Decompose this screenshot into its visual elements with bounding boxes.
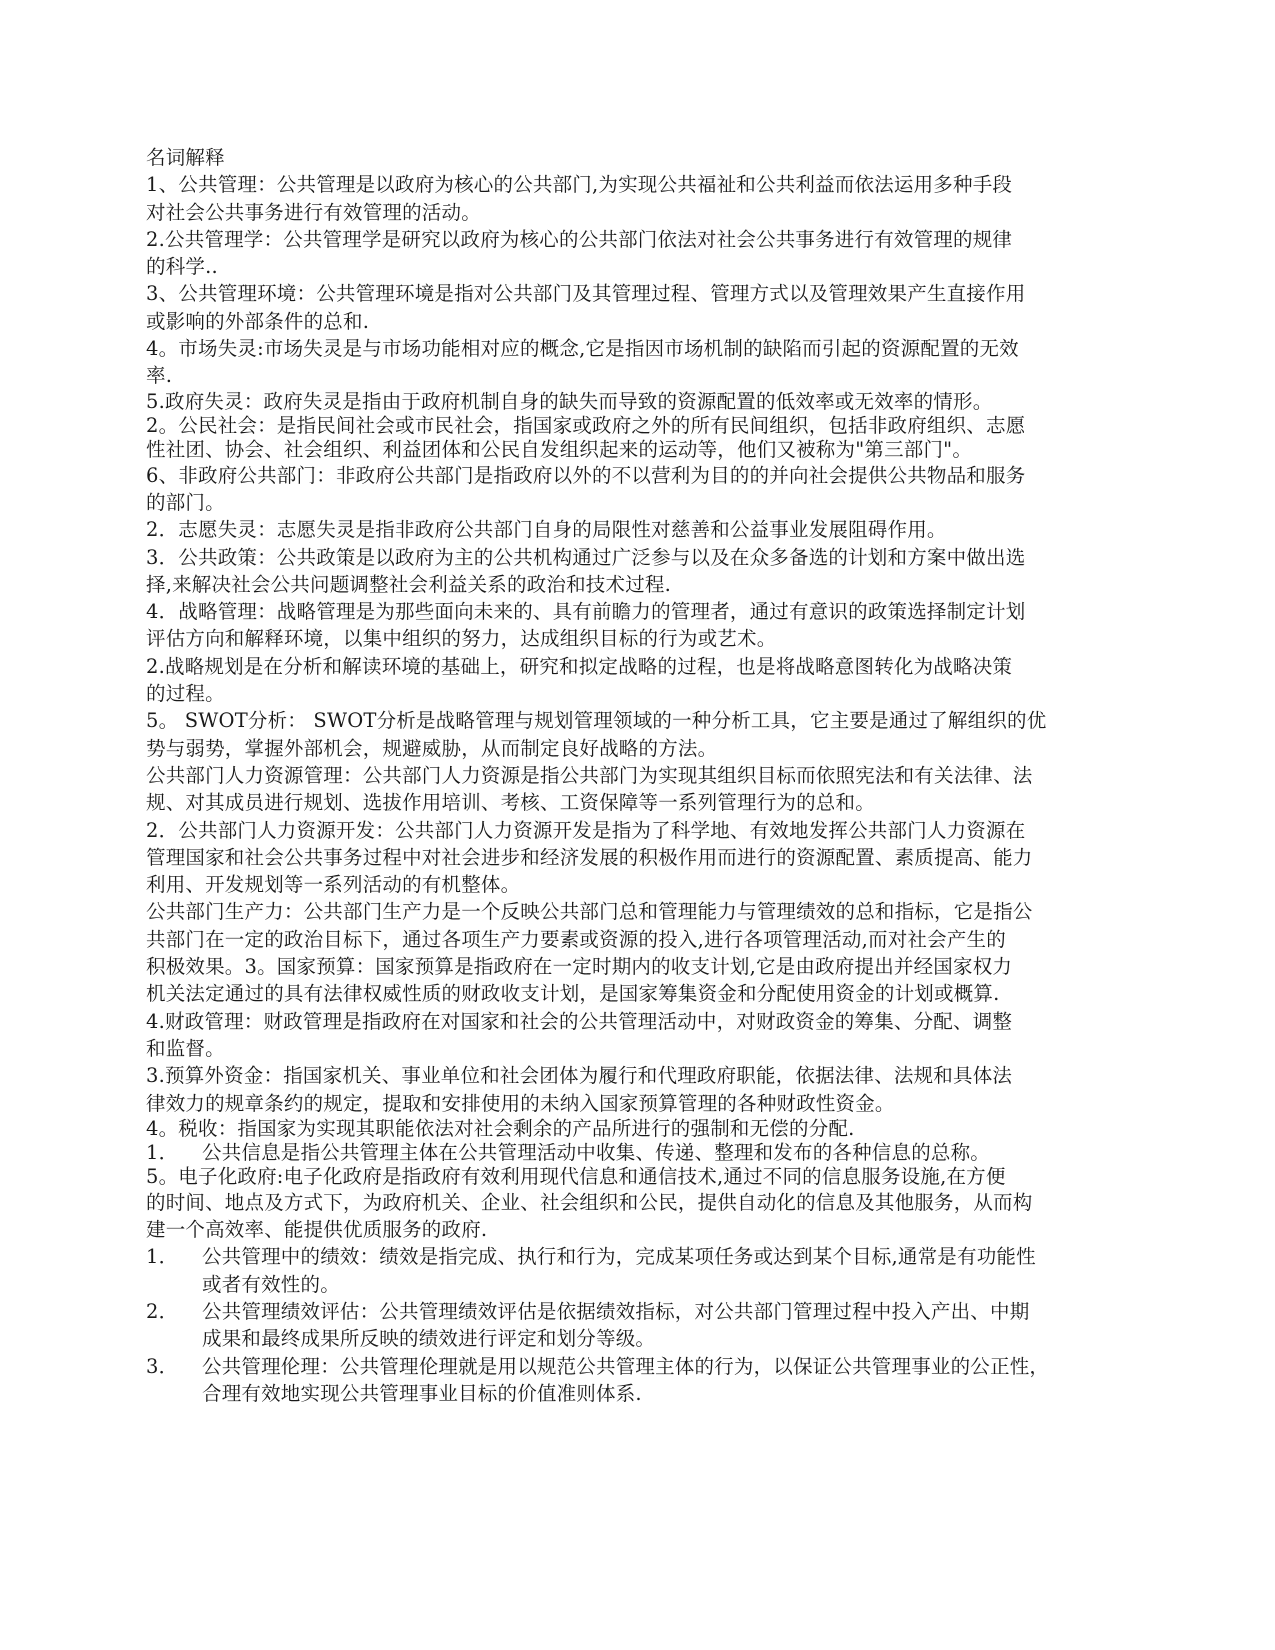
paragraph-line: 的过程。 (146, 680, 1136, 707)
definition-strategic-management: 4．战略管理：战略管理是为那些面向未来的、具有前瞻力的管理者，通过有意识的政策选… (146, 598, 1136, 653)
paragraph-line: 公共管理绩效评估：公共管理绩效评估是依据绩效指标，对公共部门管理过程中投入产出、… (202, 1298, 1029, 1325)
paragraph-line: 规、对其成员进行规划、选拔作用培训、考核、工资保障等一系列管理行为的总和。 (146, 789, 1136, 816)
paragraph-line: 和监督。 (146, 1035, 1136, 1062)
list-item-ethics: 3． 公共管理伦理：公共管理伦理就是用以规范公共管理主体的行为，以保证公共管理事… (146, 1353, 1136, 1408)
list-number: 1． (146, 1243, 202, 1270)
paragraph-line: 5.政府失灵：政府失灵是指由于政府机制自身的缺失而导致的资源配置的低效率或无效率… (146, 390, 1136, 414)
paragraph-line: 或影响的外部条件的总和. (146, 308, 1136, 335)
paragraph-line: 公共部门生产力：公共部门生产力是一个反映公共部门总和管理能力与管理绩效的总和指标… (146, 898, 1136, 925)
paragraph-line: 1、公共管理：公共管理是以政府为核心的公共部门,为实现公共福祉和公共利益而依法运… (146, 171, 1136, 198)
paragraph-line: 择,来解决社会公共问题调整社会利益关系的政治和技术过程. (146, 571, 1136, 598)
list-item-performance: 1． 公共管理中的绩效：绩效是指完成、执行和行为，完成某项任务或达到某个目标,通… (146, 1243, 1136, 1298)
definition-civil-society: 2。公民社会：是指民间社会或市民社会，指国家或政府之外的所有民间组织，包括非政府… (146, 414, 1136, 462)
definition-e-government: 5。电子化政府:电子化政府是指政府有效利用现代信息和通信技术,通过不同的信息服务… (146, 1165, 1136, 1244)
paragraph-line: 3.预算外资金：指国家机关、事业单位和社会团体为履行和代理政府职能，依据法律、法… (146, 1062, 1136, 1089)
definition-government-failure: 5.政府失灵：政府失灵是指由于政府机制自身的缺失而导致的资源配置的低效率或无效率… (146, 390, 1136, 414)
definition-extra-budgetary-funds: 3.预算外资金：指国家机关、事业单位和社会团体为履行和代理政府职能，依据法律、法… (146, 1062, 1136, 1117)
paragraph-line: 2．公共部门人力资源开发：公共部门人力资源开发是指为了科学地、有效地发挥公共部门… (146, 817, 1136, 844)
paragraph-line: 6、非政府公共部门：非政府公共部门是指政府以外的不以营利为目的的并向社会提供公共… (146, 462, 1136, 489)
paragraph-line: 或者有效性的。 (202, 1271, 1036, 1298)
definition-swot: 5。 SWOT分析： SWOT分析是战略管理与规划管理领域的一种分析工具，它主要… (146, 707, 1136, 762)
paragraph-line: 公共部门人力资源管理：公共部门人力资源是指公共部门为实现其组织目标而依照宪法和有… (146, 762, 1136, 789)
paragraph-line: 管理国家和社会公共事务过程中对社会进步和经济发展的积极作用而进行的资源配置、素质… (146, 844, 1136, 871)
definition-voluntary-failure: 2．志愿失灵：志愿失灵是指非政府公共部门自身的局限性对慈善和公益事业发展阻碍作用… (146, 516, 1136, 543)
paragraph-line: 势与弱势，掌握外部机会，规避威胁，从而制定良好战略的方法。 (146, 735, 1136, 762)
definition-public-policy: 3．公共政策：公共政策是以政府为主的公共机构通过广泛参与以及在众多备选的计划和方… (146, 544, 1136, 599)
paragraph-line: 律效力的规章条约的规定，提取和安排使用的未纳入国家预算管理的各种财政性资金。 (146, 1090, 1136, 1117)
paragraph-line: 合理有效地实现公共管理事业目标的价值准则体系. (202, 1380, 1049, 1407)
definition-hr-development: 2．公共部门人力资源开发：公共部门人力资源开发是指为了科学地、有效地发挥公共部门… (146, 817, 1136, 899)
paragraph-line: 对社会公共事务进行有效管理的活动。 (146, 199, 1136, 226)
paragraph-line: 评估方向和解释环境，以集中组织的努力，达成组织目标的行为或艺术。 (146, 625, 1136, 652)
paragraph-line: 的部门。 (146, 489, 1136, 516)
paragraph-line: 4．战略管理：战略管理是为那些面向未来的、具有前瞻力的管理者，通过有意识的政策选… (146, 598, 1136, 625)
paragraph-line: 公共管理伦理：公共管理伦理就是用以规范公共管理主体的行为，以保证公共管理事业的公… (202, 1353, 1049, 1380)
paragraph-line: 2.战略规划是在分析和解读环境的基础上，研究和拟定战略的过程，也是将战略意图转化… (146, 653, 1136, 680)
paragraph-line: 公共管理中的绩效：绩效是指完成、执行和行为，完成某项任务或达到某个目标,通常是有… (202, 1243, 1036, 1270)
paragraph-line: 4.财政管理：财政管理是指政府在对国家和社会的公共管理活动中，对财政资金的筹集、… (146, 1008, 1136, 1035)
paragraph-line: 2.公共管理学：公共管理学是研究以政府为核心的公共部门依法对社会公共事务进行有效… (146, 226, 1136, 253)
definition-public-management-science: 2.公共管理学：公共管理学是研究以政府为核心的公共部门依法对社会公共事务进行有效… (146, 226, 1136, 281)
definition-public-management-environment: 3、公共管理环境：公共管理环境是指对公共部门及其管理过程、管理方式以及管理效果产… (146, 280, 1136, 335)
paragraph-line: 的时间、地点及方式下，为政府机关、企业、社会组织和公民，提供自动化的信息及其他服… (146, 1189, 1136, 1216)
paragraph-line: 2。公民社会：是指民间社会或市民社会，指国家或政府之外的所有民间组织，包括非政府… (146, 414, 1136, 438)
definition-hr-management: 公共部门人力资源管理：公共部门人力资源是指公共部门为实现其组织目标而依照宪法和有… (146, 762, 1136, 817)
definition-strategic-planning: 2.战略规划是在分析和解读环境的基础上，研究和拟定战略的过程，也是将战略意图转化… (146, 653, 1136, 708)
document-heading: 名词解释 (146, 144, 1136, 171)
paragraph-line: 5。 SWOT分析： SWOT分析是战略管理与规划管理领域的一种分析工具，它主要… (146, 707, 1136, 734)
definition-fiscal-management: 4.财政管理：财政管理是指政府在对国家和社会的公共管理活动中，对财政资金的筹集、… (146, 1008, 1136, 1063)
paragraph-line: 4。市场失灵:市场失灵是与市场功能相对应的概念,它是指因市场机制的缺陷而引起的资… (146, 335, 1136, 362)
paragraph-line: 3、公共管理环境：公共管理环境是指对公共部门及其管理过程、管理方式以及管理效果产… (146, 280, 1136, 307)
paragraph-line: 建一个高效率、能提供优质服务的政府. (146, 1216, 1136, 1243)
paragraph-line: 积极效果。3。国家预算：国家预算是指政府在一定时期内的收支计划,它是由政府提出并… (146, 953, 1136, 980)
document-page: 名词解释 1、公共管理：公共管理是以政府为核心的公共部门,为实现公共福祉和公共利… (146, 144, 1136, 1407)
definition-public-information: 1． 公共信息是指公共管理主体在公共管理活动中收集、传递、整理和发布的各种信息的… (146, 1141, 1136, 1165)
paragraph-line: 机关法定通过的具有法律权威性质的财政收支计划，是国家筹集资金和分配使用资金的计划… (146, 980, 1136, 1007)
paragraph-line: 的科学.. (146, 253, 1136, 280)
list-number: 2． (146, 1298, 202, 1325)
paragraph-line: 5。电子化政府:电子化政府是指政府有效利用现代信息和通信技术,通过不同的信息服务… (146, 1165, 1136, 1189)
paragraph-line: 2．志愿失灵：志愿失灵是指非政府公共部门自身的局限性对慈善和公益事业发展阻碍作用… (146, 516, 1136, 543)
list-number: 1． (146, 1141, 202, 1165)
definition-productivity-and-budget: 公共部门生产力：公共部门生产力是一个反映公共部门总和管理能力与管理绩效的总和指标… (146, 898, 1136, 1007)
paragraph-line: 3．公共政策：公共政策是以政府为主的公共机构通过广泛参与以及在众多备选的计划和方… (146, 544, 1136, 571)
paragraph-line: 利用、开发规划等一系列活动的有机整体。 (146, 871, 1136, 898)
paragraph-line: 成果和最终成果所反映的绩效进行评定和划分等级。 (202, 1325, 1029, 1352)
definition-market-failure: 4。市场失灵:市场失灵是与市场功能相对应的概念,它是指因市场机制的缺陷而引起的资… (146, 335, 1136, 390)
list-item-performance-evaluation: 2． 公共管理绩效评估：公共管理绩效评估是依据绩效指标，对公共部门管理过程中投入… (146, 1298, 1136, 1353)
paragraph-line: 性社团、协会、社会组织、利益团体和公民自发组织起来的运动等，他们又被称为"第三部… (146, 438, 1136, 462)
definition-taxation: 4。税收：指国家为实现其职能依法对社会剩余的产品所进行的强制和无偿的分配. (146, 1117, 1136, 1141)
paragraph-line: 公共信息是指公共管理主体在公共管理活动中收集、传递、整理和发布的各种信息的总称。 (202, 1141, 990, 1165)
paragraph-line: 共部门在一定的政治目标下，通过各项生产力要素或资源的投入,进行各项管理活动,而对… (146, 926, 1136, 953)
definition-public-management: 1、公共管理：公共管理是以政府为核心的公共部门,为实现公共福祉和公共利益而依法运… (146, 171, 1136, 226)
numbered-list: 1． 公共管理中的绩效：绩效是指完成、执行和行为，完成某项任务或达到某个目标,通… (146, 1243, 1136, 1407)
definition-non-government-public-sector: 6、非政府公共部门：非政府公共部门是指政府以外的不以营利为目的的并向社会提供公共… (146, 462, 1136, 517)
paragraph-line: 4。税收：指国家为实现其职能依法对社会剩余的产品所进行的强制和无偿的分配. (146, 1117, 1136, 1141)
paragraph-line: 率. (146, 362, 1136, 389)
list-number: 3． (146, 1353, 202, 1380)
